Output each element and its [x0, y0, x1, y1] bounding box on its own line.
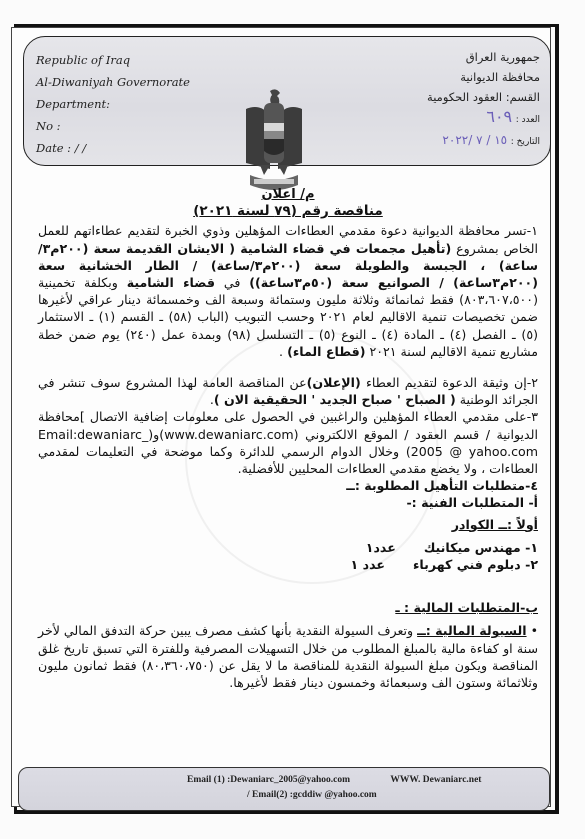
announcement-title: م/ اعلان: [38, 186, 538, 203]
staff-role: ١- مهندس ميكانيك: [424, 539, 538, 556]
republic-en: Republic of Iraq: [36, 49, 190, 71]
footer-email-2: / Email(2) :gcddiw @yahoo.com: [247, 790, 377, 800]
p1-text-b: في: [215, 275, 249, 290]
p2-announcement: (الإعلان): [307, 375, 361, 390]
section-4b-title: ب-المتطلبات المالية : ـ: [38, 599, 538, 616]
paragraph-1: ١-تسر محافظة الديوانية دعوة مقدمي العطاء…: [38, 222, 538, 360]
number-en: No :: [36, 115, 190, 137]
p2-newspapers: ( الصباح ' صباح الجديد ' الحقيقية الان ): [214, 392, 456, 407]
letterhead-footer: Email (1) :Dewaniarc_2005@yahoo.com WWW.…: [18, 767, 550, 811]
number-label: العدد :: [516, 115, 540, 125]
tender-title: مناقصة رقم (٧٩ لسنة ٢٠٢١): [38, 203, 538, 220]
staff-item: ١- مهندس ميكانيك عدد١: [38, 539, 538, 556]
announcement-body: م/ اعلان مناقصة رقم (٧٩ لسنة ٢٠٢١) ١-تسر…: [38, 186, 538, 691]
governorate-ar: محافظة الديوانية: [427, 67, 540, 87]
letterhead-arabic: جمهورية العراق محافظة الديوانية القسم: ا…: [427, 47, 540, 152]
letterhead-english: Republic of Iraq Al-Diwaniyah Governorat…: [36, 49, 190, 159]
p1-district: قضاء الشامية: [127, 275, 215, 290]
number-value: ٦٠٩: [486, 107, 512, 126]
footer-website: WWW. Dewaniarc.net: [390, 775, 481, 785]
document-number: العدد : ٦٠٩: [427, 107, 540, 130]
department-en: Department:: [36, 93, 190, 115]
bullet: •: [531, 623, 538, 638]
paragraph-2: ٢-إن وثيقة الدعوة لتقديم العطاء (الإعلان…: [38, 374, 538, 408]
spacer: [38, 360, 538, 374]
spacer: [38, 573, 538, 599]
date-value: ١٥ / ٧ /٢٠٢٢: [442, 133, 507, 147]
governorate-en: Al-Diwaniyah Governorate: [36, 71, 190, 93]
p1-sector: (قطاع الماء): [287, 344, 365, 359]
date-label: التاريخ :: [511, 137, 540, 147]
document-date: التاريخ : ١٥ / ٧ /٢٠٢٢: [427, 130, 540, 152]
p2-text-a: ٢-إن وثيقة الدعوة لتقديم العطاء: [361, 375, 538, 390]
iraq-eagle-emblem-icon: [242, 87, 306, 195]
date-en: Date : / /: [36, 137, 190, 159]
section-4-title: ٤-متطلبات التأهيل المطلوبة :ــ: [38, 477, 538, 494]
financial-liquidity: • السيولة المالية :ــ وتعرف السيولة النق…: [38, 622, 538, 691]
letterhead: Republic of Iraq Al-Diwaniyah Governorat…: [23, 36, 551, 166]
staff-item: ٢- دبلوم فني كهرباء عدد ١: [38, 556, 538, 573]
staff-count: عدد١: [366, 539, 396, 556]
p1-end: .: [279, 344, 287, 359]
staff-count: عدد ١: [351, 556, 385, 573]
footer-email-1: Email (1) :Dewaniarc_2005@yahoo.com: [187, 775, 350, 785]
footer-line-1: Email (1) :Dewaniarc_2005@yahoo.com WWW.…: [187, 775, 481, 785]
staff-title: أولاً :ــ الكوادر: [38, 516, 538, 533]
staff-role: ٢- دبلوم فني كهرباء: [413, 556, 538, 573]
section-4a-title: أ- المتطلبات الفنية :-: [38, 494, 538, 511]
department-ar: القسم: العقود الحكومية: [427, 87, 540, 107]
liquidity-label: السيولة المالية :ــ: [417, 623, 526, 638]
paragraph-3: ٣-على مقدمي العطاء المؤهلين والراغبين في…: [38, 408, 538, 477]
republic-ar: جمهورية العراق: [427, 47, 540, 67]
